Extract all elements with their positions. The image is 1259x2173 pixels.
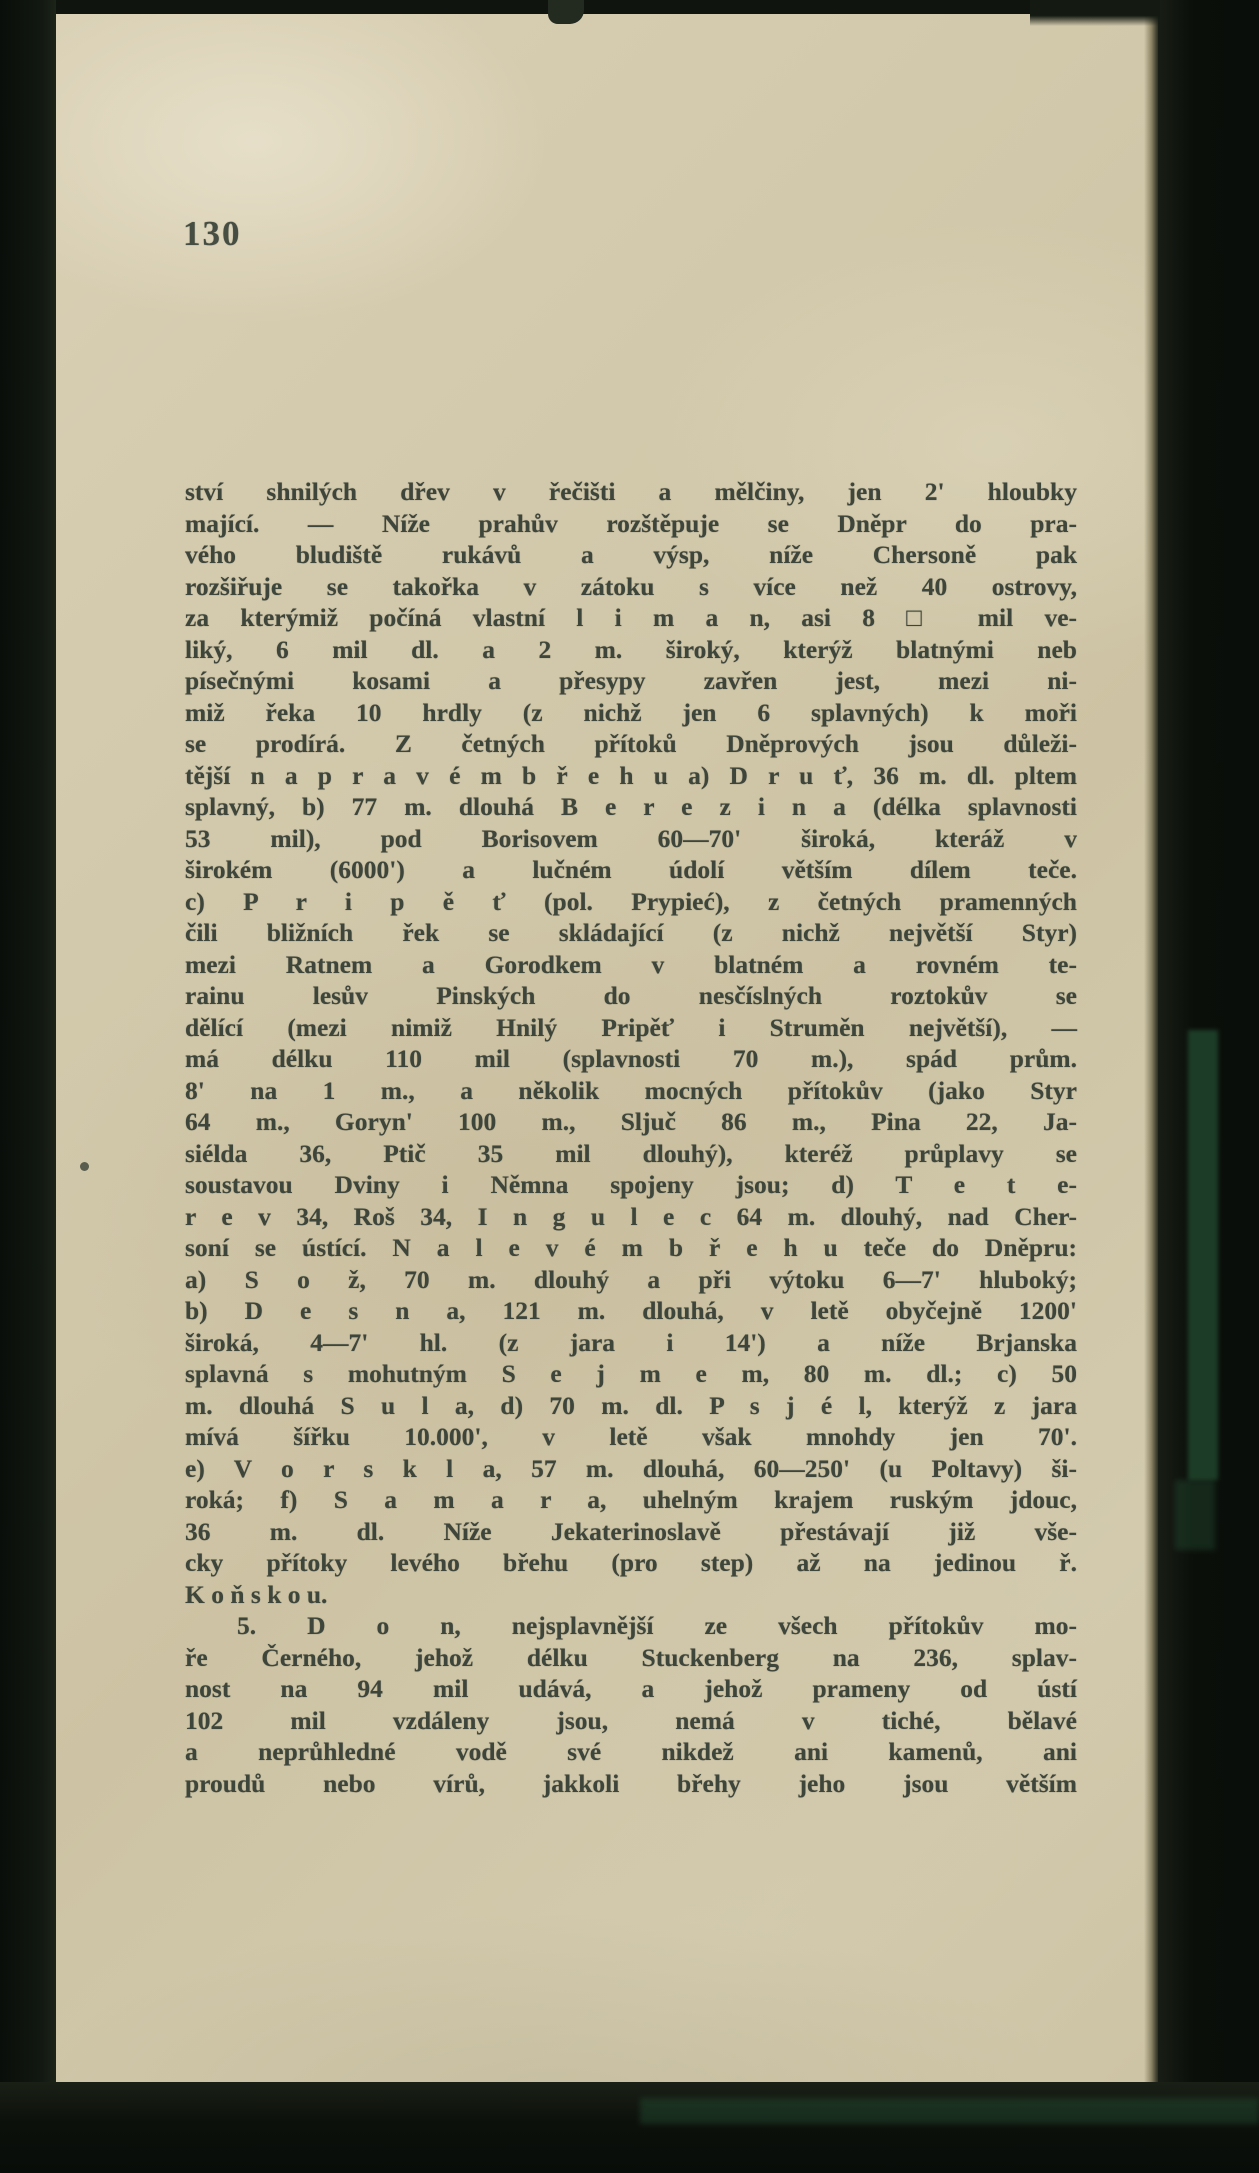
scan-border-left [0,0,56,2173]
text-line: široká, 4—7' hl. (z jara i 14') a níže B… [185,1327,1077,1359]
text-line: miž řeka 10 hrdly (z nichž jen 6 splavný… [185,697,1077,729]
scan-artifact-green-strip [1175,1480,1215,1550]
text-line: širokém (6000') a lučném údolí větším dí… [185,854,1077,886]
text-line: rainu lesův Pinských do nesčíslných rozt… [185,980,1077,1012]
text-line: se prodírá. Z četných přítoků Dněprových… [185,728,1077,760]
text-line: mající. — Níže prahův rozštěpuje se Dněp… [185,508,1077,540]
text-line: mezi Ratnem a Gorodkem v blatném a rovné… [185,949,1077,981]
body-text: ství shnilých dřev v řečišti a mělčiny, … [185,476,1077,1799]
scan-artifact-corner-shadow [1030,0,1160,26]
text-line: splavná s mohutným S e j m e m, 80 m. dl… [185,1358,1077,1390]
page-number: 130 [183,214,242,254]
text-line: r e v 34, Roš 34, I n g u l e c 64 m. dl… [185,1201,1077,1233]
text-line: siélda 36, Ptič 35 mil dlouhý), kteréž p… [185,1138,1077,1170]
scan-border-bottom [0,2082,1259,2173]
text-line: 36 m. dl. Níže Jekaterinoslavě přestávaj… [185,1516,1077,1548]
text-line: písečnými kosami a přesypy zavřen jest, … [185,665,1077,697]
text-line: rozšiřuje se takořka v zátoku s více než… [185,571,1077,603]
scan-artifact-green-strip [1188,1030,1218,1480]
text-line: m. dlouhá S u l a, d) 70 m. dl. P s j é … [185,1390,1077,1422]
text-line: 64 m., Goryn' 100 m., Sljuč 86 m., Pina … [185,1106,1077,1138]
text-line: 53 mil), pod Borisovem 60—70' široká, kt… [185,823,1077,855]
text-line: za kterýmiž počíná vlastní l i m a n, as… [185,602,1077,634]
text-line: nost na 94 mil udává, a jehož prameny od… [185,1673,1077,1705]
text-line: b) D e s n a, 121 m. dlouhá, v letě obyč… [185,1295,1077,1327]
text-line-paragraph-end: K o ň s k o u. [185,1579,1077,1611]
text-line: proudů nebo vírů, jakkoli břehy jeho jso… [185,1768,1077,1800]
text-line: soustavou Dviny i Němna spojeny jsou; d)… [185,1169,1077,1201]
scan-artifact-green-streak [640,2098,1259,2124]
text-line: čili bližních řek se skládající (z nichž… [185,917,1077,949]
text-line: 8' na 1 m., a několik mocných přítokův (… [185,1075,1077,1107]
text-line: cky přítoky levého břehu (pro step) až n… [185,1547,1077,1579]
text-line: vého bludiště rukávů a výsp, níže Cherso… [185,539,1077,571]
text-line: mívá šířku 10.000', v letě však mnohdy j… [185,1421,1077,1453]
scan-artifact-blob [548,0,584,24]
text-line: má délku 110 mil (splavnosti 70 m.), spá… [185,1043,1077,1075]
book-scan: 130 ství shnilých dřev v řečišti a mělči… [0,0,1259,2173]
text-line: liký, 6 mil dl. a 2 m. široký, kterýž bl… [185,634,1077,666]
text-line: dělící (mezi nimiž Hnilý Pripěť i Strumě… [185,1012,1077,1044]
text-line: soní se ústící. N a l e v é m b ř e h u … [185,1232,1077,1264]
text-line: splavný, b) 77 m. dlouhá B e r e z i n a… [185,791,1077,823]
text-line: a) S o ž, 70 m. dlouhý a při výtoku 6—7'… [185,1264,1077,1296]
text-line: e) V o r s k l a, 57 m. dlouhá, 60—250' … [185,1453,1077,1485]
text-line: ství shnilých dřev v řečišti a mělčiny, … [185,476,1077,508]
text-line: roká; f) S a m a r a, uhelným krajem rus… [185,1484,1077,1516]
text-line: a neprůhledné vodě své nikdež ani kamenů… [185,1736,1077,1768]
text-line-paragraph-start: 5. D o n, nejsplavnější ze všech přítoků… [185,1610,1077,1642]
text-line: c) P r i p ě ť (pol. Prypieć), z četných… [185,886,1077,918]
text-line: tější n a p r a v é m b ř e h u a) D r u… [185,760,1077,792]
text-line: ře Černého, jehož délku Stuckenberg na 2… [185,1642,1077,1674]
text-line: 102 mil vzdáleny jsou, nemá v tiché, běl… [185,1705,1077,1737]
margin-ink-dot [80,1162,89,1171]
